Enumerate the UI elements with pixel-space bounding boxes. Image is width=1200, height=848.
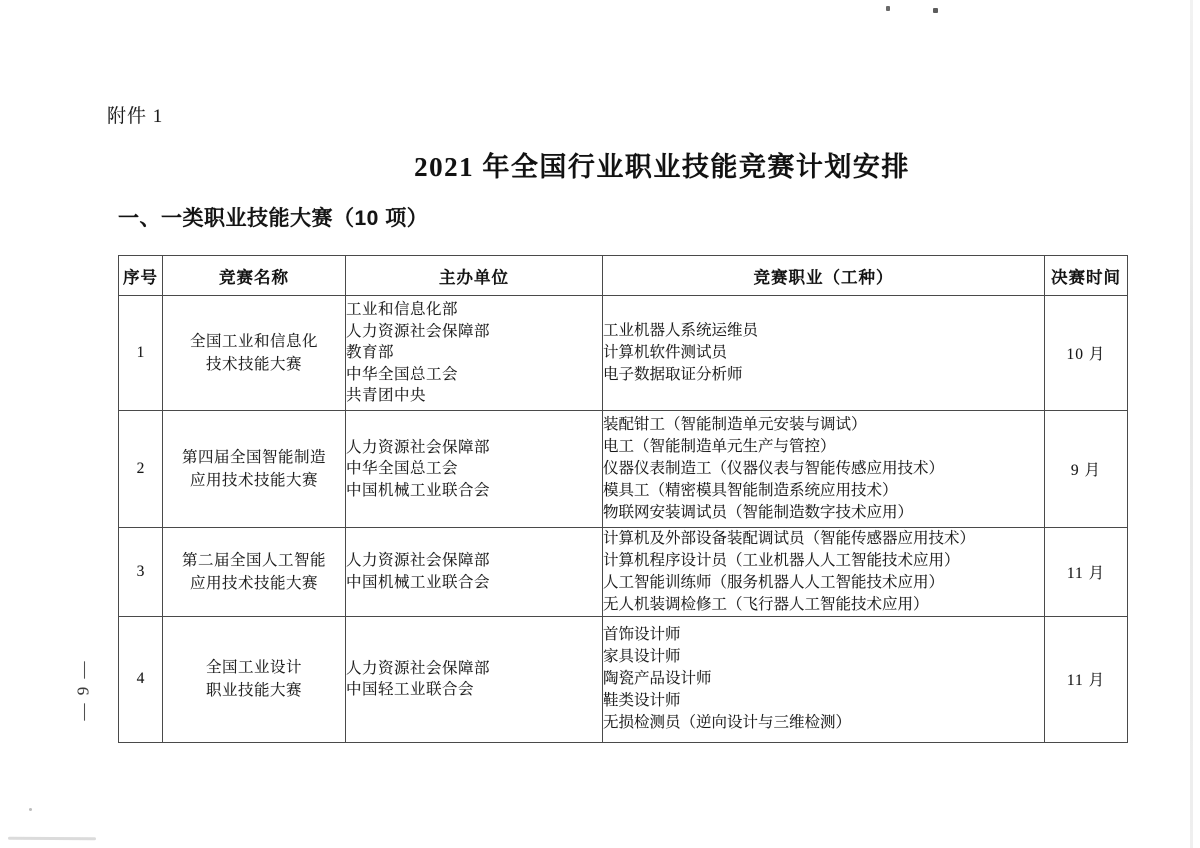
occupations-cell: 工业机器人系统运维员计算机软件测试员电子数据取证分析师	[603, 296, 1045, 411]
occupation-line: 家具设计师	[603, 646, 1044, 668]
final-time-cell: 9 月	[1045, 411, 1128, 528]
occupations-cell: 装配钳工（智能制造单元安装与调试）电工（智能制造单元生产与管控）仪器仪表制造工（…	[603, 411, 1045, 528]
header-cell-organizer: 主办单位	[346, 256, 603, 296]
occupation-line: 装配钳工（智能制造单元安装与调试）	[603, 414, 1044, 436]
attachment-label: 附件 1	[107, 101, 163, 128]
organizers-cell: 工业和信息化部人力资源社会保障部教育部中华全国总工会共青团中央	[346, 296, 603, 411]
name-line: 全国工业设计	[163, 656, 345, 679]
scan-smudge	[8, 837, 96, 840]
serial-cell: 1	[119, 296, 163, 411]
scan-speck	[886, 6, 890, 11]
scan-edge	[1190, 0, 1193, 848]
occupation-line: 计算机程序设计员（工业机器人人工智能技术应用）	[603, 550, 1044, 572]
organizers-cell: 人力资源社会保障部中国轻工业联合会	[346, 616, 603, 742]
organizer-line: 中华全国总工会	[346, 458, 602, 479]
organizer-line: 人力资源社会保障部	[346, 321, 602, 342]
name-line: 技术技能大赛	[163, 353, 345, 376]
organizer-line: 人力资源社会保障部	[346, 658, 602, 679]
organizers-cell: 人力资源社会保障部中华全国总工会中国机械工业联合会	[346, 411, 603, 528]
competition-name-cell: 第四届全国智能制造应用技术技能大赛	[163, 411, 346, 528]
competition-table-body: 1全国工业和信息化技术技能大赛工业和信息化部人力资源社会保障部教育部中华全国总工…	[119, 296, 1128, 743]
organizers-cell: 人力资源社会保障部中国机械工业联合会	[346, 528, 603, 617]
occupation-line: 物联网安装调试员（智能制造数字技术应用）	[603, 502, 1044, 524]
organizer-line: 人力资源社会保障部	[346, 550, 602, 571]
occupations-cell: 计算机及外部设备装配调试员（智能传感器应用技术）计算机程序设计员（工业机器人人工…	[603, 528, 1045, 617]
serial-cell: 2	[119, 411, 163, 528]
occupation-line: 人工智能训练师（服务机器人人工智能技术应用）	[603, 572, 1044, 594]
table-row: 4全国工业设计职业技能大赛人力资源社会保障部中国轻工业联合会首饰设计师家具设计师…	[119, 616, 1128, 742]
competition-name-cell: 第二届全国人工智能应用技术技能大赛	[163, 528, 346, 617]
organizer-line: 中国机械工业联合会	[346, 572, 602, 593]
organizer-line: 中国轻工业联合会	[346, 679, 602, 700]
page-number-vertical: — 9 —	[48, 648, 118, 732]
section-heading: 一、一类职业技能大赛（10 项）	[118, 202, 428, 232]
occupation-line: 模具工（精密模具智能制造系统应用技术）	[603, 480, 1044, 502]
occupation-line: 无人机装调检修工（飞行器人工智能技术应用）	[603, 594, 1044, 616]
table-row: 1全国工业和信息化技术技能大赛工业和信息化部人力资源社会保障部教育部中华全国总工…	[119, 296, 1128, 411]
table-row: 3第二届全国人工智能应用技术技能大赛人力资源社会保障部中国机械工业联合会计算机及…	[119, 528, 1128, 617]
occupation-line: 无损检测员（逆向设计与三维检测）	[603, 712, 1044, 734]
organizer-line: 人力资源社会保障部	[346, 437, 602, 458]
occupation-line: 陶瓷产品设计师	[603, 668, 1044, 690]
name-line: 职业技能大赛	[163, 679, 345, 702]
occupation-line: 计算机及外部设备装配调试员（智能传感器应用技术）	[603, 528, 1044, 550]
serial-cell: 4	[119, 616, 163, 742]
occupations-cell: 首饰设计师家具设计师陶瓷产品设计师鞋类设计师无损检测员（逆向设计与三维检测）	[603, 616, 1045, 742]
competition-table: 序号 竞赛名称 主办单位 竞赛职业（工种） 决赛时间 1全国工业和信息化技术技能…	[118, 255, 1128, 743]
occupation-line: 首饰设计师	[603, 624, 1044, 646]
occupation-line: 仪器仪表制造工（仪器仪表与智能传感应用技术）	[603, 458, 1044, 480]
name-line: 第四届全国智能制造	[163, 446, 345, 469]
scan-speck	[933, 8, 938, 13]
organizer-line: 中华全国总工会	[346, 364, 602, 385]
header-cell-competition-name: 竞赛名称	[163, 256, 346, 296]
occupation-line: 计算机软件测试员	[603, 342, 1044, 364]
serial-cell: 3	[119, 528, 163, 617]
document-title: 2021 年全国行业职业技能竞赛计划安排	[124, 145, 1200, 184]
competition-name-cell: 全国工业和信息化技术技能大赛	[163, 296, 346, 411]
occupation-line: 鞋类设计师	[603, 690, 1044, 712]
final-time-cell: 11 月	[1045, 528, 1128, 617]
final-time-cell: 10 月	[1045, 296, 1128, 411]
scan-speck	[29, 808, 32, 811]
organizer-line: 工业和信息化部	[346, 299, 602, 320]
occupation-line: 电子数据取证分析师	[603, 364, 1044, 386]
organizer-line: 共青团中央	[346, 385, 602, 406]
table-row: 2第四届全国智能制造应用技术技能大赛人力资源社会保障部中华全国总工会中国机械工业…	[119, 411, 1128, 528]
name-line: 应用技术技能大赛	[163, 469, 345, 492]
header-cell-final-time: 决赛时间	[1045, 256, 1128, 296]
table-header-row: 序号 竞赛名称 主办单位 竞赛职业（工种） 决赛时间	[119, 256, 1128, 296]
occupation-line: 电工（智能制造单元生产与管控）	[603, 436, 1044, 458]
page-number-text: — 9 —	[73, 660, 93, 721]
name-line: 应用技术技能大赛	[163, 572, 345, 595]
organizer-line: 中国机械工业联合会	[346, 480, 602, 501]
occupation-line: 工业机器人系统运维员	[603, 320, 1044, 342]
header-cell-occupations: 竞赛职业（工种）	[603, 256, 1045, 296]
name-line: 全国工业和信息化	[163, 330, 345, 353]
competition-name-cell: 全国工业设计职业技能大赛	[163, 616, 346, 742]
name-line: 第二届全国人工智能	[163, 549, 345, 572]
final-time-cell: 11 月	[1045, 616, 1128, 742]
organizer-line: 教育部	[346, 342, 602, 363]
header-cell-serial: 序号	[119, 256, 163, 296]
